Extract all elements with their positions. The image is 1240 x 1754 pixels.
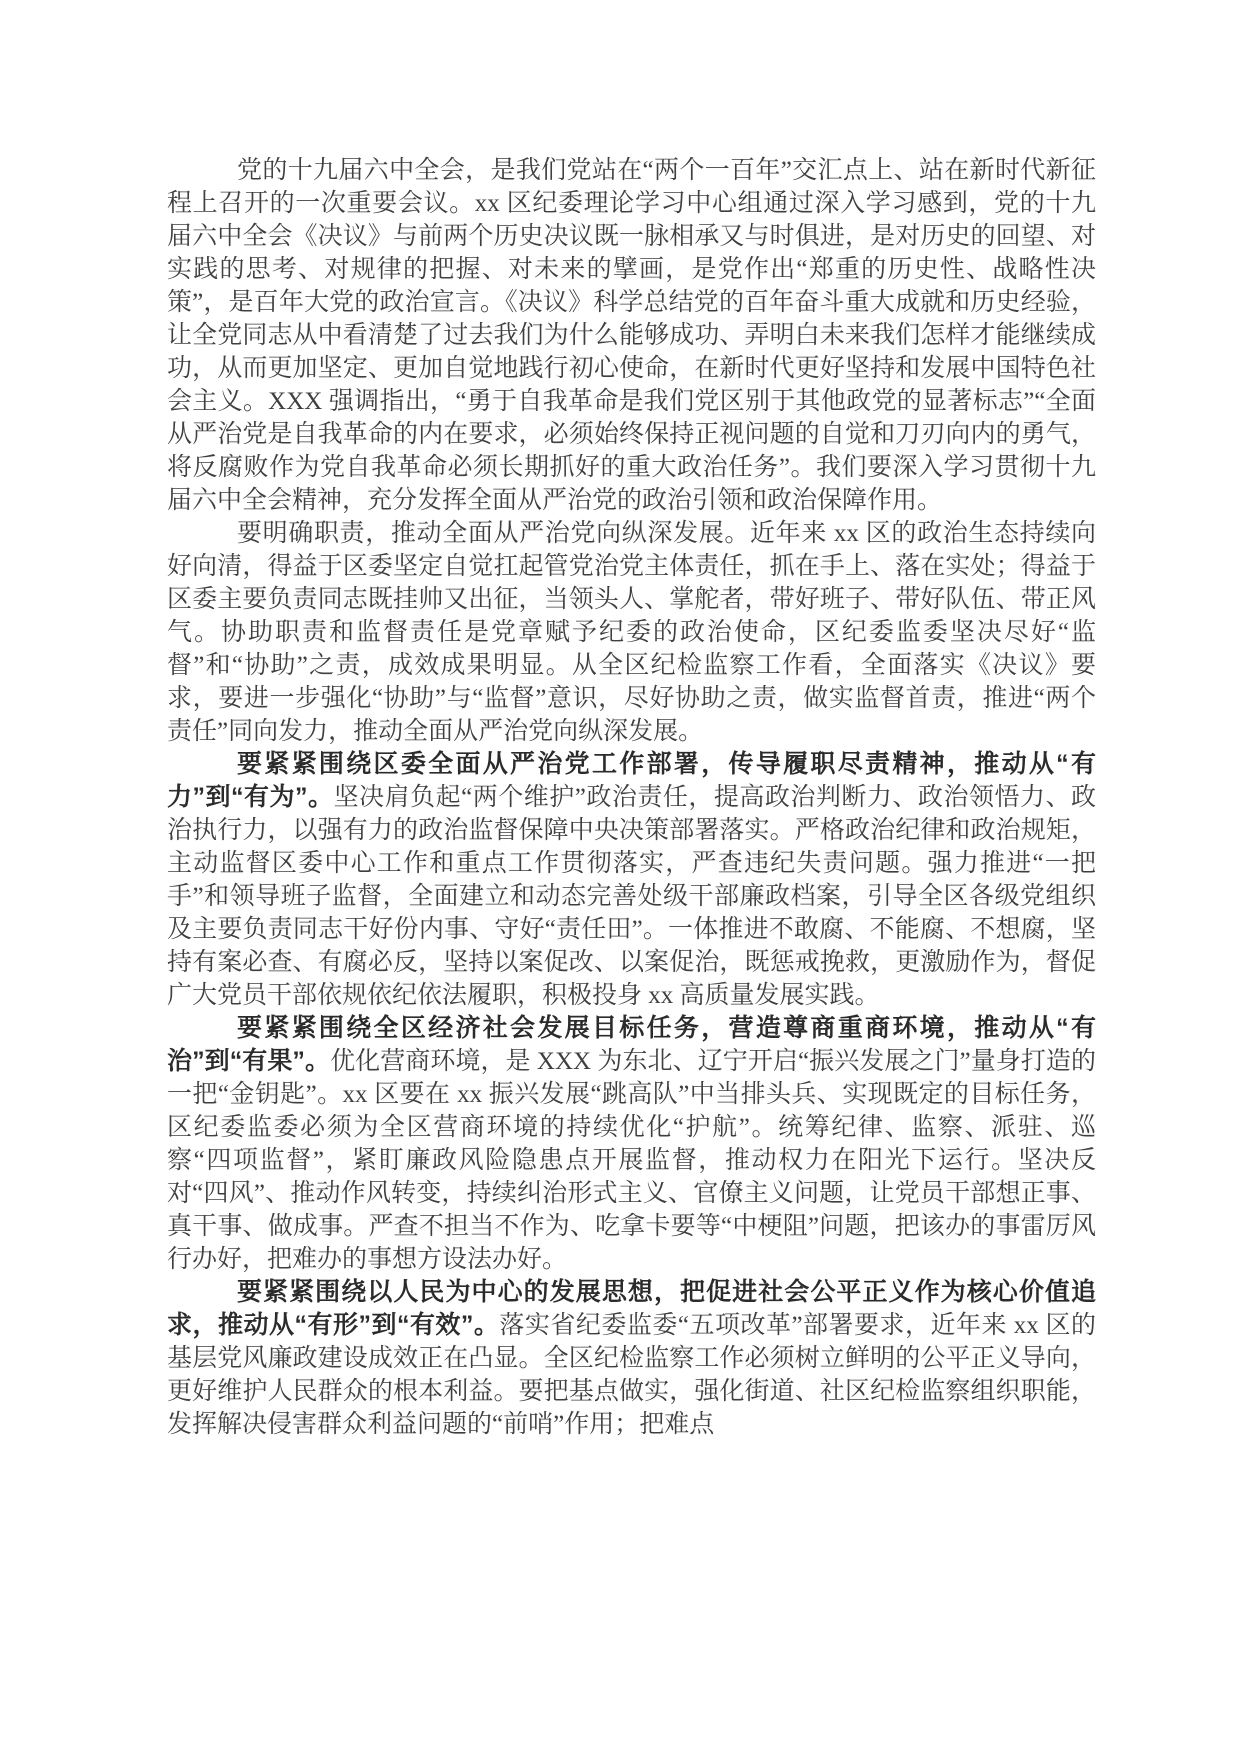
paragraph: 党的十九届六中全会，是我们党站在“两个一百年”交汇点上、站在新时代新征程上召开的… [167,154,1096,517]
paragraph-text: 要明确职责，推动全面从严治党向纵深发展。近年来 xx 区的政治生态持续向好向清，… [167,520,1096,745]
paragraph-text: 坚决肩负起“两个维护”政治责任，提高政治判断力、政治领悟力、政治执行力，以强有力… [167,784,1096,1009]
paragraph-text: 党的十九届六中全会，是我们党站在“两个一百年”交汇点上、站在新时代新征程上召开的… [167,157,1096,514]
document-page: 党的十九届六中全会，是我们党站在“两个一百年”交汇点上、站在新时代新征程上召开的… [0,0,1240,1754]
paragraph: 要紧紧围绕以人民为中心的发展思想，把促进社会公平正义作为核心价值追求，推动从“有… [167,1276,1096,1441]
paragraph-text: 优化营商环境，是 XXX 为东北、辽宁开启“振兴发展之门”量身打造的一把“金钥匙… [167,1048,1096,1273]
document-body: 党的十九届六中全会，是我们党站在“两个一百年”交汇点上、站在新时代新征程上召开的… [167,154,1096,1441]
paragraph: 要紧紧围绕全区经济社会发展目标任务，营造尊商重商环境，推动从“有治”到“有果”。… [167,1012,1096,1276]
paragraph: 要紧紧围绕区委全面从严治党工作部署，传导履职尽责精神，推动从“有力”到“有为”。… [167,748,1096,1012]
paragraph: 要明确职责，推动全面从严治党向纵深发展。近年来 xx 区的政治生态持续向好向清，… [167,517,1096,748]
